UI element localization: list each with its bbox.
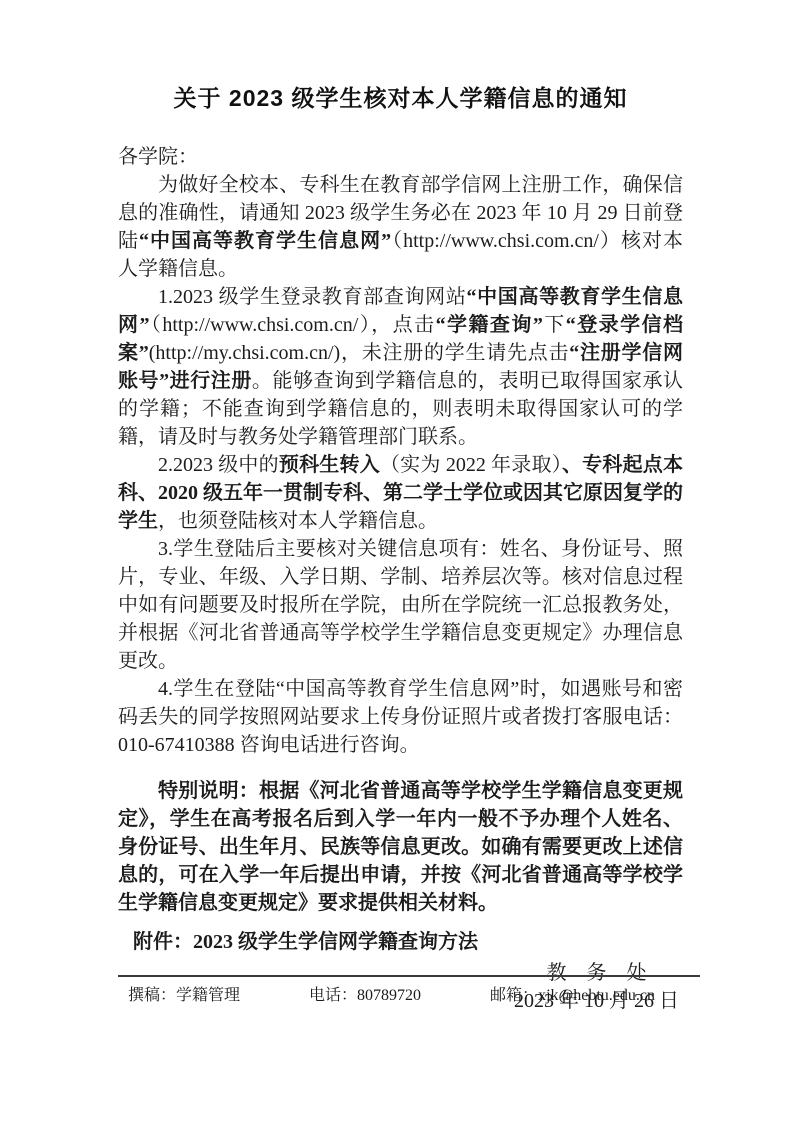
text-run: （http://www.chsi.com.cn/），点击	[149, 314, 435, 336]
footer: 撰稿：学籍管理电话：80789720邮箱：xjk@hebtu.edu.cn	[118, 975, 700, 1006]
salutation: 各学院：	[118, 143, 683, 171]
paragraph: 1.2023 级学生登录教育部查询网站“中国高等教育学生信息网”（http://…	[118, 283, 683, 451]
footer-item-value: xjk@hebtu.edu.cn	[538, 987, 655, 1004]
footer-item-label: 邮箱：	[490, 987, 538, 1004]
text-run: “中国高等教育学生信息网”	[139, 230, 391, 252]
attachment-line: 附件：2023 级学生学信网学籍查询方法	[118, 928, 683, 956]
paragraph: 3.学生登陆后主要核对关键信息项有：姓名、身份证号、照片，专业、年级、入学日期、…	[118, 535, 683, 675]
footer-items: 撰稿：学籍管理电话：80789720邮箱：xjk@hebtu.edu.cn	[118, 986, 700, 1006]
text-run: 3.学生登陆后主要核对关键信息项有：姓名、身份证号、照片，专业、年级、入学日期、…	[118, 538, 683, 672]
document-page: 关于 2023 级学生核对本人学籍信息的通知 各学院： 为做好全校本、专科生在教…	[0, 0, 800, 1132]
text-run: 预科生转入	[279, 454, 380, 476]
footer-item: 撰稿：学籍管理	[128, 986, 240, 1006]
footer-item-label: 撰稿：	[128, 987, 176, 1004]
footer-item: 邮箱：xjk@hebtu.edu.cn	[490, 986, 655, 1006]
footer-divider	[118, 975, 700, 977]
text-run: 下	[543, 314, 566, 336]
text-run: (http://my.chsi.com.cn/)，未注册的学生请先点击	[149, 342, 569, 364]
footer-item-value: 80789720	[357, 987, 421, 1004]
footer-item-value: 学籍管理	[176, 987, 240, 1004]
paragraph: 4.学生在登陆“中国高等教育学生信息网”时，如遇账号和密码丢失的同学按照网站要求…	[118, 675, 683, 759]
text-run: “学籍查询”	[436, 314, 543, 336]
document-title: 关于 2023 级学生核对本人学籍信息的通知	[118, 84, 683, 112]
text-run: （实为 2022 年录取）	[380, 454, 562, 476]
special-note-paragraph: 特别说明：根据《河北省普通高等学校学生学籍信息变更规定》，学生在高考报名后到入学…	[118, 777, 683, 917]
text-run: 2.2023 级中的	[158, 454, 279, 476]
text-run: ，也须登陆核对本人学籍信息。	[158, 510, 438, 532]
text-run: 4.学生在登陆“中国高等教育学生信息网”时，如遇账号和密码丢失的同学按照网站要求…	[118, 678, 683, 756]
footer-item-label: 电话：	[309, 987, 357, 1004]
paragraph: 2.2023 级中的预科生转入（实为 2022 年录取）、专科起点本科、2020…	[118, 451, 683, 535]
text-run: 1.2023 级学生登录教育部查询网站	[158, 286, 466, 308]
footer-item: 电话：80789720	[309, 986, 421, 1006]
body-paragraphs: 为做好全校本、专科生在教育部学信网上注册工作，确保信息的准确性，请通知 2023…	[118, 171, 683, 759]
paragraph: 为做好全校本、专科生在教育部学信网上注册工作，确保信息的准确性，请通知 2023…	[118, 171, 683, 283]
